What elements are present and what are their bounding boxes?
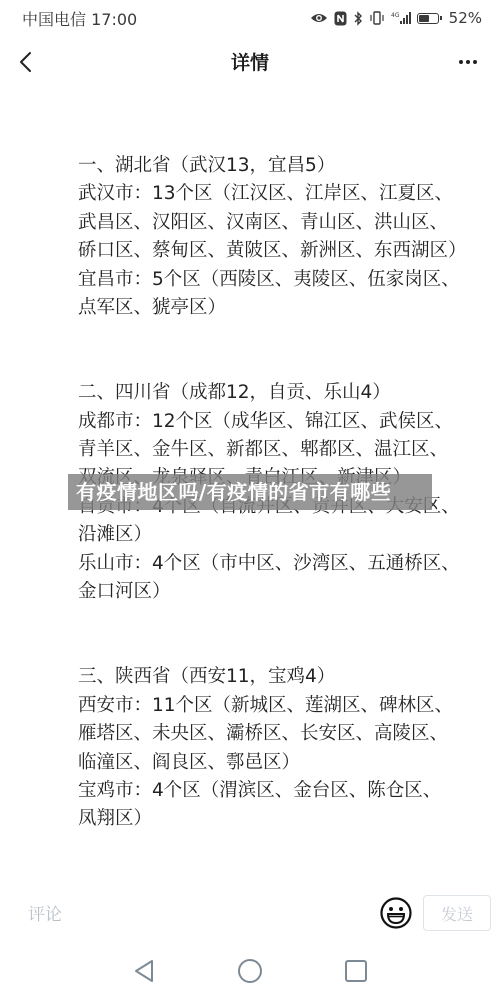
paragraph-line: 沿滩区） [78,521,498,549]
circle-home-icon [237,958,263,984]
system-back-button[interactable] [131,958,157,984]
section-heading: 二、四川省（成都12，自贡、乐山4） [78,379,498,407]
system-home-button[interactable] [237,958,263,984]
battery-percent: 52% [449,9,482,27]
comment-bar: 评论 发送 [0,890,500,936]
section-shaanxi: 三、陕西省（西安11，宝鸡4） 西安市：11个区（新城区、莲湖区、碑林区、 雁塔… [78,663,498,833]
emoji-button[interactable] [379,896,413,930]
paragraph-line: 硚口区、蔡甸区、黄陂区、新洲区、东西湖区） [78,237,498,265]
paragraph-line: 凤翔区） [78,805,498,833]
status-icons: 4G 52% [310,9,482,27]
more-dot [466,60,470,64]
paragraph-line: 武昌区、汉阳区、汉南区、青山区、洪山区、 [78,209,498,237]
section-heading: 一、湖北省（武汉13，宜昌5） [78,152,498,180]
more-dot [473,60,477,64]
paragraph-line: 宜昌市：5个区（西陵区、夷陵区、伍家岗区、 [78,266,498,294]
vibrate-icon [369,10,385,26]
section-hubei: 一、湖北省（武汉13，宜昌5） 武汉市：13个区（江汉区、江岸区、江夏区、 武昌… [78,152,498,322]
more-horizontal-icon [459,60,463,64]
triangle-back-icon [133,959,155,983]
paragraph-line: 武汉市：13个区（江汉区、江岸区、江夏区、 [78,180,498,208]
paragraph-line: 西安市：11个区（新城区、莲湖区、碑林区、 [78,692,498,720]
paragraph-line: 乐山市：4个区（市中区、沙湾区、五通桥区、 [78,550,498,578]
smiley-face-icon [379,896,413,930]
bluetooth-icon [353,10,363,26]
eye-icon [310,10,328,26]
paragraph-line: 点军区、猇亭区） [78,294,498,322]
square-recents-icon [344,959,368,983]
paragraph-line: 青羊区、金牛区、新都区、郫都区、温江区、 [78,436,498,464]
svg-text:4G: 4G [391,12,400,19]
battery-icon [417,10,439,26]
paragraph-line: 宝鸡市：4个区（渭滨区、金台区、陈仓区、 [78,777,498,805]
paragraph-line: 成都市：12个区（成华区、锦江区、武侯区、 [78,408,498,436]
nfc-icon [334,10,347,26]
status-bar: 中国电信 17:00 4G 52% [0,0,500,36]
paragraph-line: 临潼区、阎良区、鄠邑区） [78,749,498,777]
more-options-button[interactable] [454,48,482,76]
article-body: 一、湖北省（武汉13，宜昌5） 武汉市：13个区（江汉区、江岸区、江夏区、 武昌… [78,152,498,891]
send-button[interactable]: 发送 [423,895,491,931]
comment-input[interactable]: 评论 [28,900,62,925]
paragraph-line: 雁塔区、未央区、灞桥区、长安区、高陵区、 [78,720,498,748]
section-heading: 三、陕西省（西安11，宝鸡4） [78,663,498,691]
page-title: 详情 [0,48,500,75]
clock: 17:00 [91,10,137,29]
signal-4g-icon: 4G [391,10,411,26]
header-bar: 详情 [0,38,500,86]
system-navigation-bar [0,950,500,986]
title-overlay-banner: 有疫情地区吗/有疫情的省市有哪些 [68,474,432,510]
carrier-name: 中国电信 [22,10,86,29]
status-left: 中国电信 17:00 [22,7,137,30]
system-recents-button[interactable] [343,958,369,984]
paragraph-line: 金口河区） [78,578,498,606]
